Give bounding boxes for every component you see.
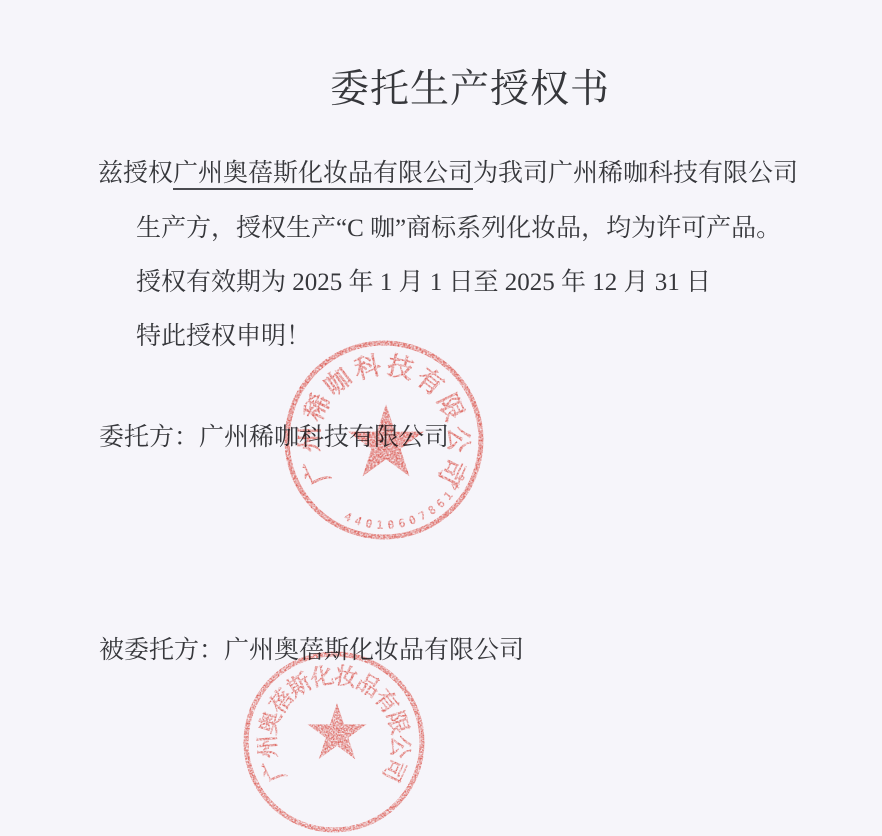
seal-ring [246, 654, 422, 830]
seal-arc-char: 妆 [332, 662, 359, 692]
seal-arc-char: 限 [432, 389, 469, 425]
seal-arc-char: 化 [307, 662, 335, 692]
seal-number-digit: 4 [447, 480, 463, 494]
seal-arc-char: 咖 [319, 363, 357, 402]
seal-number-digit: 6 [453, 471, 469, 483]
seal-number-digit: 8 [425, 502, 439, 518]
body-line-3: 授权有效期为 2025 年 1 月 1 日至 2025 年 12 月 31 日 [136, 268, 711, 297]
body-line-4: 特此授权申明！ [136, 322, 311, 351]
seal-arc-char: 广 [298, 453, 335, 489]
line1-suffix: 为我司广州稀咖科技有限公司 [473, 160, 798, 187]
seal-number-digit: 0 [407, 512, 418, 528]
seal-number-digit: 4 [353, 513, 364, 528]
seal-arc-char: 有 [369, 684, 404, 718]
document-title: 委托生产授权书 [0, 58, 882, 114]
seal-arc-char: 斯 [283, 668, 316, 702]
consignee-name-underlined: 广州奥蓓斯化妆品有限公司 [173, 160, 473, 190]
seal-arc-char: 州 [255, 734, 282, 759]
authorization-letter-page: 委托生产授权书 兹授权广州奥蓓斯化妆品有限公司为我司广州稀咖科技有限公司 生产方… [0, 0, 882, 836]
seal-number-digit: 1 [441, 488, 456, 502]
seal-arc-char: 司 [432, 453, 469, 489]
seal-arc-char: 品 [352, 669, 385, 702]
seal-arc-char: 有 [411, 363, 449, 402]
consignee-line: 被委托方：广州奥蓓斯化妆品有限公司 [99, 636, 524, 665]
seal-number-digit: 4 [342, 509, 354, 525]
seal-arc-char: 奥 [255, 708, 287, 738]
consignee-company-seal: 广州奥蓓斯化妆品有限公司 [246, 654, 422, 830]
seal-arc-char: 公 [386, 734, 413, 759]
seal-layer: 广州稀咖科技有限公司4401060786146 广州奥蓓斯化妆品有限公司 [0, 0, 882, 836]
consignor-name: 广州稀咖科技有限公司 [199, 424, 449, 451]
seal-arc-char: 技 [384, 351, 416, 385]
seal-arc-char: 稀 [298, 389, 336, 426]
seal-number-digit: 6 [397, 516, 407, 531]
seal-arc-char: 司 [378, 754, 410, 785]
seal-number-digit: 1 [376, 518, 384, 532]
body-line-1: 兹授权广州奥蓓斯化妆品有限公司为我司广州稀咖科技有限公司 [98, 159, 798, 188]
body-line-2: 生产方，授权生产“C 咖”商标系列化妆品，均为许可产品。 [136, 214, 781, 243]
seal-number-digit: 7 [416, 508, 429, 524]
consignee-label: 被委托方： [99, 637, 224, 664]
consignor-label: 委托方： [99, 424, 199, 451]
line1-prefix: 兹授权 [98, 160, 173, 187]
seal-number-digit: 0 [364, 516, 373, 531]
star-icon [308, 703, 367, 759]
consignor-line: 委托方：广州稀咖科技有限公司 [99, 423, 449, 452]
consignee-name: 广州奥蓓斯化妆品有限公司 [224, 637, 524, 664]
seal-arc-char: 科 [352, 351, 385, 385]
seal-arc-char: 限 [382, 708, 413, 737]
seal-arc-char: 广 [257, 754, 290, 786]
seal-number-digit: 0 [387, 517, 395, 532]
seal-number-digit: 6 [433, 496, 448, 511]
seal-arc-char: 蓓 [264, 684, 299, 718]
